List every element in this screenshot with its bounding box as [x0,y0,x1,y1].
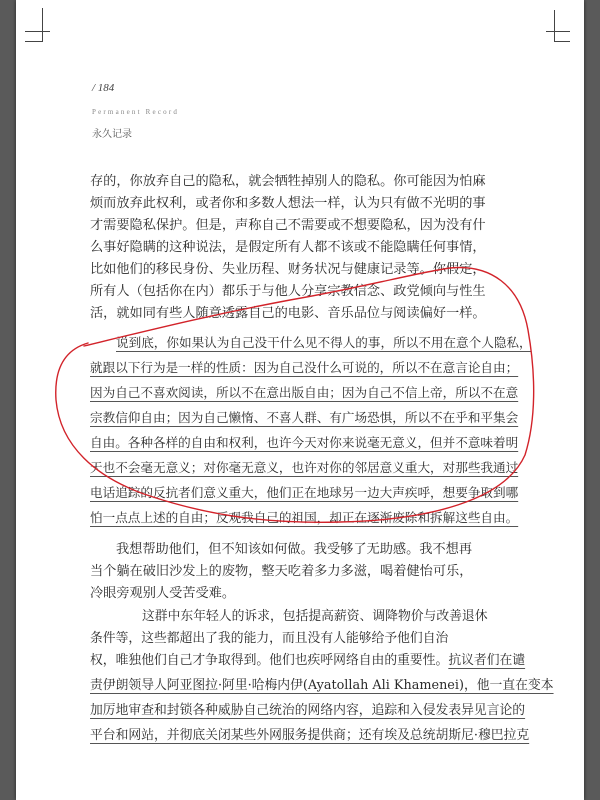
text-line: 所有人（包括你在内）都乐于与他人分享宗教信念、政党倾向与性生 [90,281,520,303]
body-text: 存的，你放弃自己的隐私，就会牺牲掉别人的隐私。你可能因为怕麻 烦而放弃此权利，或… [90,171,520,747]
underlined-text-line: 天也不会毫无意义；对你毫无意义，也许对你的邻居意义重大，对那些我通过 [90,460,518,475]
page-number: / 184 [92,82,114,94]
text-line: 烦而放弃此权利，或者你和多数人想法一样，认为只有做不光明的事 [90,193,520,215]
text-line: 条件等，这些都超出了我的能力，而且没有人能够给予他们自治 [90,628,520,650]
crop-mark-top-left [25,31,50,32]
crop-mark-top-right [554,10,555,41]
text-line: 么事好隐瞒的这种说法，是假定所有人都不该或不能隐瞒任何事情， [90,237,520,259]
highlighted-paragraph: 说到底，你如果认为自己没干什么见不得人的事，所以不用在意个人隐私， 就跟以下行为… [90,332,520,529]
text-line: 存的，你放弃自己的隐私，就会牺牲掉别人的隐私。你可能因为怕麻 [90,171,520,193]
underlined-text-line: 宗教信仰自由；因为自己懒惰、不喜人群、有广场恐惧，所以不在乎和平集会 [90,410,518,425]
underlined-text-line: 加厉地审查和封锁各种威胁自己统治的网络内容，追踪和入侵发表异见言论的 [90,703,525,718]
text-line: 这群中东年轻人的诉求，包括提高薪资、调降物价与改善退休 [90,606,520,628]
underlined-text-line: 怕一点点上述的自由；反观我自己的祖国，却正在逐渐废除和拆解这些自由。 [90,510,518,525]
text-line: 我想帮助他们，但不知该如何做。我受够了无助感。我不想再 [90,539,520,561]
underlined-text-line: 电话追踪的反抗者们意义重大，他们正在地球另一边大声疾呼，想要争取到哪 [90,485,518,500]
text-line: 权，唯独他们自己才争取得到。他们也疾呼网络自由的重要性。抗议者们在谴 [90,650,520,672]
crop-mark-top-right [554,41,570,42]
text-line: 比如他们的移民身份、失业历程、财务状况与健康记录等。你假定， [90,259,520,281]
crop-mark-top-right [546,31,570,32]
underlined-text-line: 自由。各种各样的自由和权利，也许今天对你来说毫无意义，但并不意味着明 [90,435,518,450]
text-line: 冷眼旁观别人受苦受难。 [90,583,520,605]
underlined-text: 抗议者们在谴 [448,653,525,668]
plain-text: 权，唯独他们自己才争取得到。他们也疾呼网络自由的重要性。 [90,653,448,668]
paragraph: 这群中东年轻人的诉求，包括提高薪资、调降物价与改善退休 条件等，这些都超出了我的… [90,606,520,747]
text-line: 才需要隐私保护。但是，声称自己不需要或不想要隐私，因为没有什 [90,215,520,237]
underlined-text-line: 平台和网站，并彻底关闭某些外网服务提供商；还有埃及总统胡斯尼·穆巴拉克 [90,728,529,743]
crop-mark-top-left [42,8,43,42]
text-line: 当个躺在破旧沙发上的废物，整天吃着多力多滋，喝着健怡可乐， [90,561,520,583]
paragraph: 我想帮助他们，但不知该如何做。我受够了无助感。我不想再 当个躺在破旧沙发上的废物… [90,539,520,605]
paragraph: 存的，你放弃自己的隐私，就会牺牲掉别人的隐私。你可能因为怕麻 烦而放弃此权利，或… [90,171,520,325]
underlined-text-line: 因为自己不喜欢阅读，所以不在意出版自由；因为自己不信上帝，所以不在意 [90,385,518,400]
book-title-chinese: 永久记录 [92,125,132,140]
text-line: 活，就如同有些人随意透露自己的电影、音乐品位与阅读偏好一样。 [90,303,520,325]
book-title-english: Permanent Record [92,108,179,116]
crop-mark-top-left [25,41,42,42]
underlined-text-line: 就跟以下行为是一样的性质：因为自己没什么可说的，所以不在意言论自由； [90,360,518,375]
underlined-text-line: 说到底，你如果认为自己没干什么见不得人的事，所以不用在意个人隐私， [116,335,532,350]
underlined-text-line: 责伊朗领导人阿亚图拉·阿里·哈梅内伊(Ayatollah Ali Khamene… [90,678,554,693]
document-viewer: / 184 Permanent Record 永久记录 存的，你放弃自己的隐私，… [0,0,600,800]
